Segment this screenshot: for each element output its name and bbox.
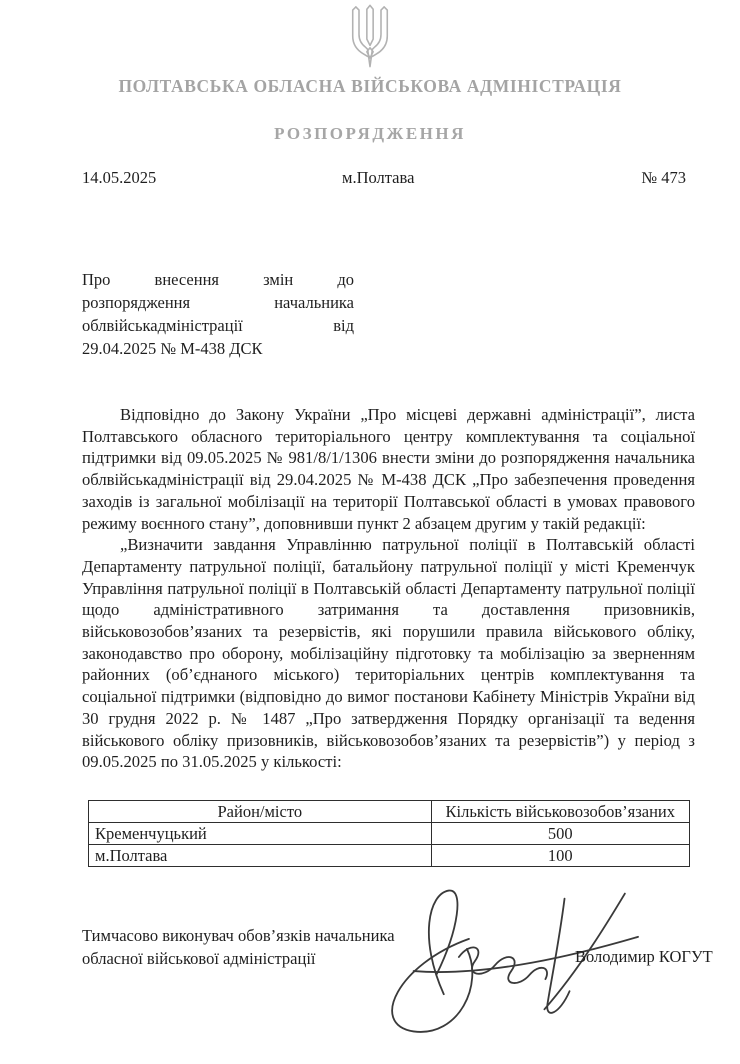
doc-place: м.Полтава [342, 168, 414, 188]
table-row: м.Полтава 100 [89, 845, 690, 867]
table-header-region: Район/місто [89, 801, 432, 823]
body-text: Відповідно до Закону України „Про місцев… [82, 404, 695, 773]
count-cell: 100 [431, 845, 689, 867]
signer-position: Тимчасово виконувач обов’язків начальник… [82, 924, 462, 970]
requisites-row: 14.05.2025 м.Полтава № 473 [82, 168, 686, 188]
signer-name: Володимир КОГУТ [575, 947, 713, 967]
doc-type-title: РОЗПОРЯДЖЕННЯ [0, 124, 740, 144]
document-page: ПОЛТАВСЬКА ОБЛАСНА ВІЙСЬКОВА АДМІНІСТРАЦ… [0, 0, 740, 1064]
doc-date: 14.05.2025 [82, 168, 156, 188]
org-name: ПОЛТАВСЬКА ОБЛАСНА ВІЙСЬКОВА АДМІНІСТРАЦ… [0, 76, 740, 97]
count-cell: 500 [431, 823, 689, 845]
body-paragraph-1: Відповідно до Закону України „Про місцев… [82, 404, 695, 534]
subject-line: 29.04.2025 № М-438 ДСК [82, 337, 354, 360]
signer-position-line: Тимчасово виконувач обов’язків начальник… [82, 924, 462, 947]
subject-line: розпорядження начальника [82, 291, 354, 314]
table-header-row: Район/місто Кількість військовозобов’яза… [89, 801, 690, 823]
quota-table: Район/місто Кількість військовозобов’яза… [88, 800, 690, 867]
doc-number: № 473 [641, 168, 686, 188]
subject-block: Про внесення змін до розпорядження начал… [82, 268, 354, 360]
ukraine-trident-icon [346, 3, 394, 69]
body-paragraph-2: „Визначити завдання Управлінню патрульно… [82, 534, 695, 773]
table-row: Кременчуцький 500 [89, 823, 690, 845]
signer-position-line: обласної військової адміністрації [82, 947, 462, 970]
subject-line: Про внесення змін до [82, 268, 354, 291]
region-cell: м.Полтава [89, 845, 432, 867]
subject-line: облвійськадміністрації від [82, 314, 354, 337]
table-header-count: Кількість військовозобов’язаних [431, 801, 689, 823]
region-cell: Кременчуцький [89, 823, 432, 845]
